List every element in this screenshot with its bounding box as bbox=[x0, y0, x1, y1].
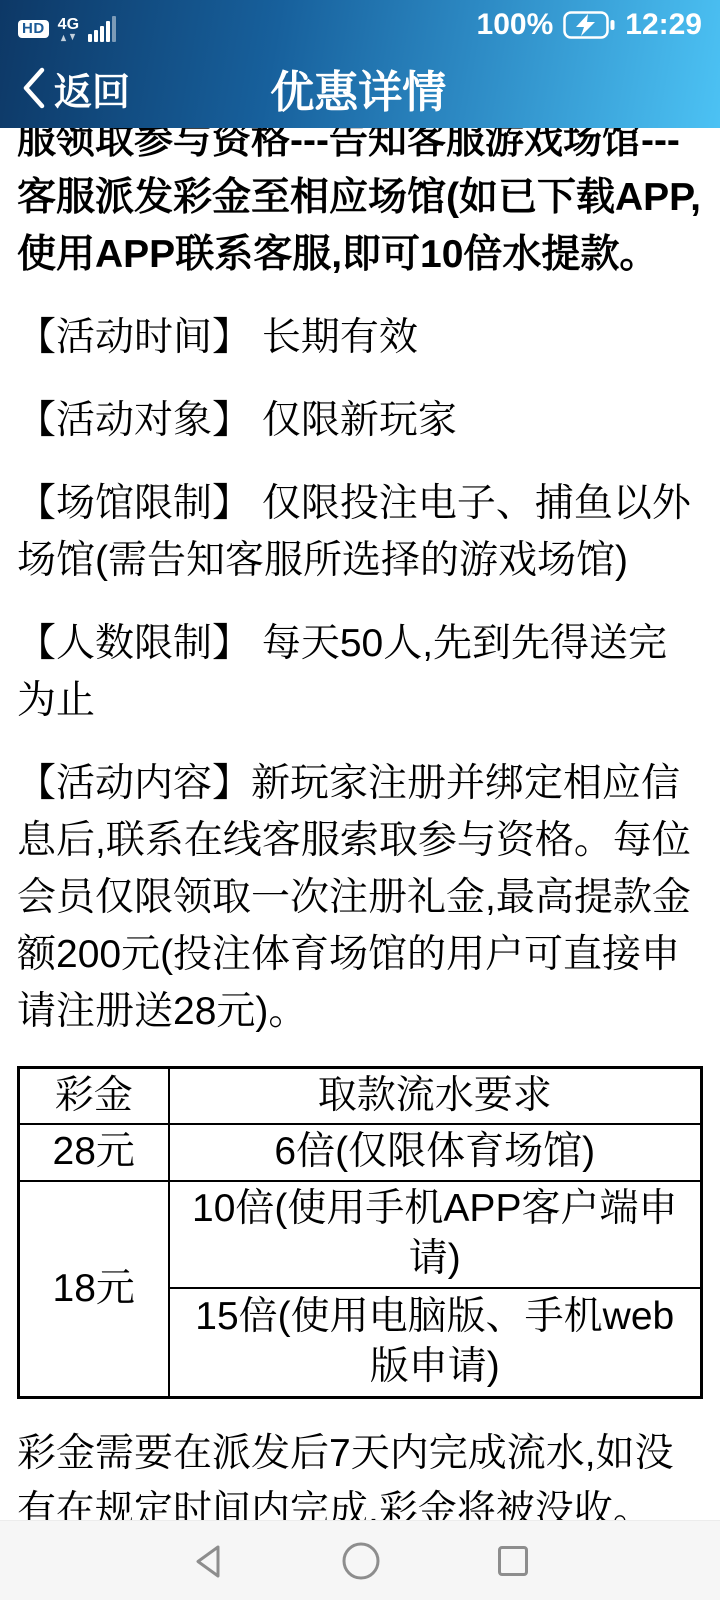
network-type: 4G bbox=[58, 17, 79, 42]
promo-paragraph-activity-detail: 【活动内容】新玩家注册并绑定相应信息后,联系在线客服索取参与资格。每位会员仅限领… bbox=[17, 755, 703, 1040]
nav-home-button[interactable] bbox=[341, 1541, 381, 1581]
data-activity-arrows-icon bbox=[59, 33, 77, 42]
promo-paragraph-venue-limit: 【场馆限制】 仅限投注电子、捕鱼以外场馆(需告知客服所选择的游戏场馆) bbox=[17, 475, 703, 589]
promo-paragraph-people-limit: 【人数限制】 每天50人,先到先得送完为止 bbox=[17, 615, 703, 729]
android-nav-bar bbox=[0, 1520, 720, 1600]
signal-strength-icon bbox=[88, 16, 120, 42]
nav-recents-button[interactable] bbox=[497, 1545, 529, 1577]
app-bar: HD 4G 100% bbox=[0, 0, 720, 128]
promo-paragraph-intro: 服领取参与资格---告知客服游戏场馆---客服派发彩金至相应场馆(如已下载APP… bbox=[17, 112, 703, 283]
battery-charging-icon bbox=[563, 11, 615, 39]
status-bar: HD 4G 100% bbox=[0, 0, 720, 48]
status-right-group: 100% 12:29 bbox=[477, 8, 702, 48]
table-header-row: 彩金 取款流水要求 bbox=[19, 1068, 702, 1124]
promo-paragraph-time: 【活动时间】 长期有效 bbox=[17, 309, 703, 366]
nav-title-row: 返回 优惠详情 bbox=[0, 48, 720, 128]
requirement-cell: 15倍(使用电脑版、手机web版申请) bbox=[169, 1288, 702, 1398]
bonus-amount-cell: 18元 bbox=[19, 1181, 169, 1398]
bonus-amount-cell: 28元 bbox=[19, 1124, 169, 1181]
phone-screen: 服领取参与资格---告知客服游戏场馆---客服派发彩金至相应场馆(如已下载APP… bbox=[0, 0, 720, 1600]
requirement-cell: 6倍(仅限体育场馆) bbox=[169, 1124, 702, 1181]
promo-paragraph-target: 【活动对象】 仅限新玩家 bbox=[17, 392, 703, 449]
requirement-cell: 10倍(使用手机APP客户端申请) bbox=[169, 1181, 702, 1288]
network-4g-label: 4G bbox=[58, 17, 79, 33]
promo-detail-content[interactable]: 服领取参与资格---告知客服游戏场馆---客服派发彩金至相应场馆(如已下载APP… bbox=[0, 0, 720, 1600]
clock-label: 12:29 bbox=[625, 8, 702, 42]
table-row: 28元 6倍(仅限体育场馆) bbox=[19, 1124, 702, 1181]
bonus-wagering-table: 彩金 取款流水要求 28元 6倍(仅限体育场馆) 18元 10倍(使用手机APP… bbox=[17, 1066, 703, 1399]
page-title: 优惠详情 bbox=[270, 56, 446, 120]
nav-back-button[interactable] bbox=[191, 1543, 225, 1579]
battery-percent-label: 100% bbox=[477, 8, 554, 42]
back-button[interactable]: 返回 bbox=[22, 61, 130, 116]
status-left-group: HD 4G bbox=[18, 16, 120, 48]
table-row: 18元 10倍(使用手机APP客户端申请) bbox=[19, 1181, 702, 1288]
table-header-requirement: 取款流水要求 bbox=[169, 1068, 702, 1124]
back-button-label: 返回 bbox=[54, 61, 130, 116]
table-header-bonus: 彩金 bbox=[19, 1068, 169, 1124]
chevron-left-icon bbox=[22, 67, 46, 109]
hd-volte-icon: HD bbox=[18, 20, 49, 38]
